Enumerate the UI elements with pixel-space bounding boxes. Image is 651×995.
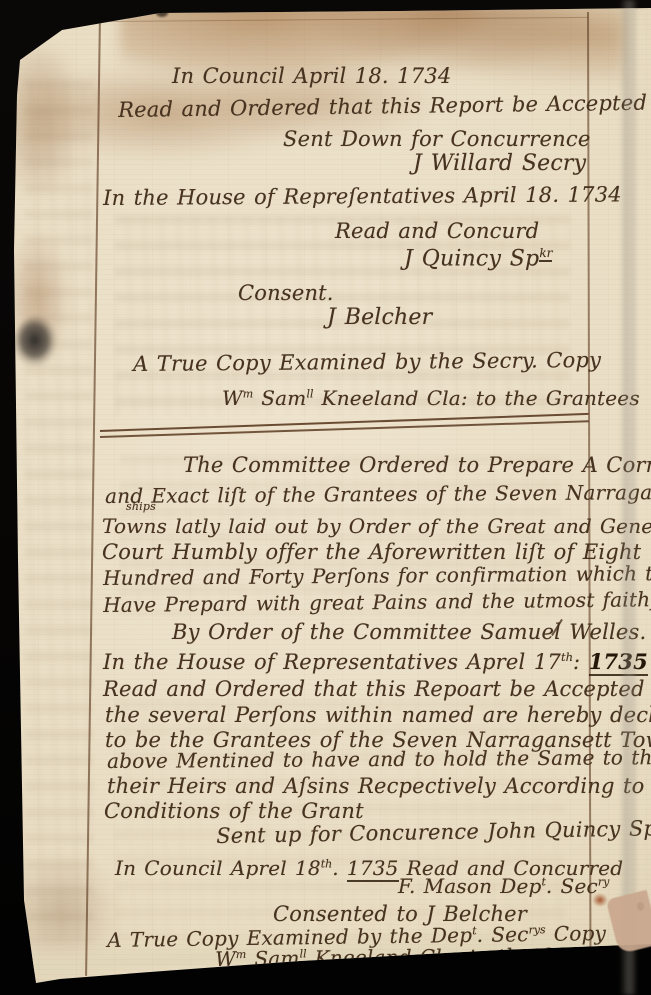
- court-humbly-offer: Court Humbly offer the Aforewritten liſt…: [102, 540, 641, 564]
- exact-list-of-grantees: and Exact liſt of the Grantees of the Se…: [105, 480, 651, 508]
- to-have-and-to-hold: above Mentined to have and to hold the S…: [107, 745, 651, 773]
- prepared-with-great-pains: Have Prepard with great Pains and the ut…: [103, 587, 651, 617]
- photograph-backdrop: In Council April 18. 1734Read and Ordere…: [0, 0, 651, 995]
- heirs-and-assigns: their Heirs and Aſsins Recpectively Acco…: [107, 774, 651, 798]
- report-accepted-1735: Read and Ordered that this Repoart be Ac…: [103, 677, 651, 701]
- towns-latly-laid-out: Towns latly laid out by Order of the Gre…: [102, 514, 651, 538]
- section-committee-report-1735: The Committee Ordered to Prepare A Corre…: [0, 0, 651, 995]
- committee-report-opening: The Committee Ordered to Prepare A Corre…: [183, 453, 651, 477]
- eight-hundred-forty-persons: Hundred and Forty Perſons for confirmati…: [103, 561, 651, 590]
- house-of-representatives-1735: In the House of Representatives Aprel 17…: [103, 649, 648, 674]
- by-order-samuel-welles: By Order of the Committee Samuel Welles.: [172, 620, 646, 644]
- kneeland-clerk-attestation-1735: Wm Samll Kneeland Cle: to the Grantees: [215, 943, 633, 971]
- manuscript-page: In Council April 18. 1734Read and Ordere…: [0, 0, 651, 995]
- mason-deputy-secretary-signature: F. Mason Dept. Secry: [398, 874, 609, 898]
- ships-caret-insertion: ships: [126, 500, 156, 513]
- conditions-of-the-grant: Conditions of the Grant: [104, 799, 364, 823]
- persons-declared: the several Perſons within named are her…: [105, 703, 651, 727]
